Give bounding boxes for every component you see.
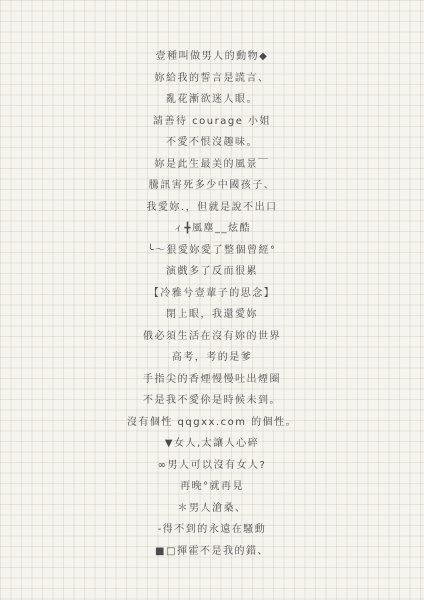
text-line: 騰訊害死多少中國孩子、 xyxy=(149,175,276,197)
text-line: 我愛妳.，但就是說不出口 xyxy=(146,197,277,219)
text-line: 【冷雅兮壹輩子的思念】 xyxy=(149,283,276,305)
text-line: ■□揮霍不是我的錯、 xyxy=(155,541,269,563)
text-line: ∞男人可以沒有女人? xyxy=(158,455,267,477)
text-line: 妳給我的誓言是謊言、 xyxy=(155,68,270,90)
text-line: ╰～狠愛妳愛了整個曾經° xyxy=(147,240,276,262)
text-line: 沒有個性 qqgxx.com 的個性。 xyxy=(127,412,297,434)
text-line: 手指尖的香煙慢慢吐出煙圈 xyxy=(143,369,281,391)
text-line: -得不到的永遠在騷動 xyxy=(158,519,267,541)
text-line: ▼女人,太讓人心碎 xyxy=(165,433,259,455)
text-line: 妳是此生最美的風景￣ xyxy=(155,154,270,176)
text-line: 請善待 courage 小姐 xyxy=(153,111,271,133)
text-line: ＊男人滄桑、 xyxy=(178,498,247,520)
text-line: 不是我不愛伱是時候未到。 xyxy=(143,390,281,412)
text-line: 再晚°就再見 xyxy=(180,476,244,498)
grid-paper-page: 壹種叫做男人的動物◆ 妳給我的誓言是謊言、 亂花漸欲迷人眼。 請善待 coura… xyxy=(0,0,424,600)
text-line: 壹種叫做男人的動物◆ xyxy=(156,46,269,68)
text-line: 閉上眼，我還愛妳 xyxy=(166,304,258,326)
text-line: 亂花漸欲迷人眼。 xyxy=(166,89,258,111)
text-line: 俄必須生活在沒有妳的世界 xyxy=(143,326,281,348)
text-line: ィ╋風塵__炫酷 xyxy=(173,218,251,240)
text-line: 不愛不恨沒趣味。 xyxy=(166,132,258,154)
text-line: 演戲多了反而很累 xyxy=(166,261,258,283)
text-line: 高考，考的是爹 xyxy=(172,347,253,369)
